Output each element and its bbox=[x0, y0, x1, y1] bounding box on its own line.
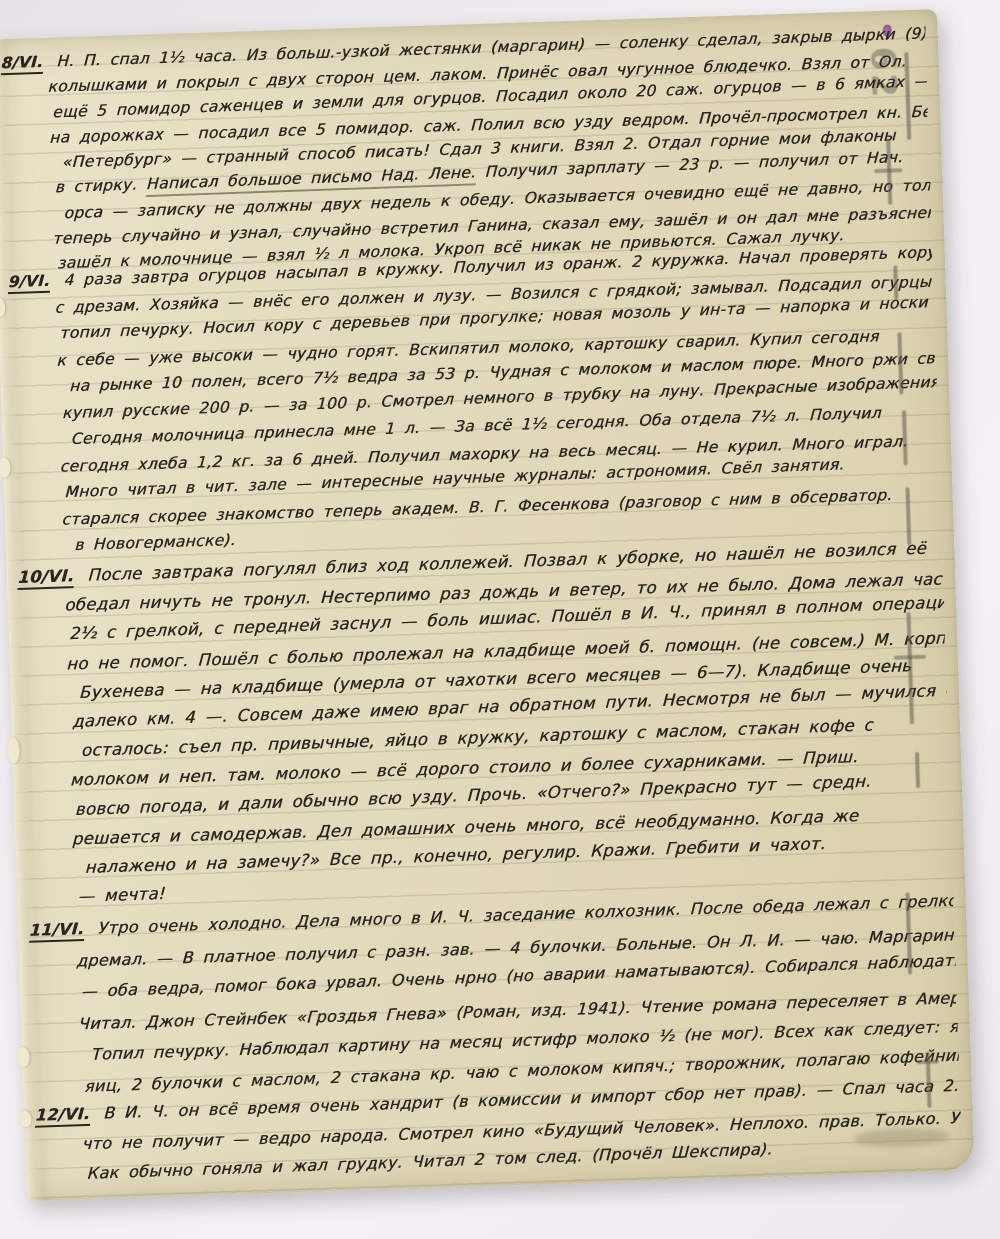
entry-11-VI: 11/VI.Утро очень холодно. Дела много в И… bbox=[28, 885, 958, 1104]
torn-edge-chip bbox=[17, 1047, 30, 1067]
torn-edge-chip bbox=[0, 297, 5, 317]
entry-date: 11/VI. bbox=[29, 919, 85, 943]
scan-background: { "annotations": { "page_number_stamp": … bbox=[0, 0, 1000, 1239]
entry-date: 12/VI. bbox=[35, 1104, 91, 1128]
handwritten-text: в стирку. bbox=[55, 176, 148, 197]
entry-date: 10/VI. bbox=[18, 566, 76, 590]
entry-9-VI: 9/VI.4 раза завтра огурцов насыпал в кру… bbox=[7, 239, 940, 560]
entry-date: 8/VI. bbox=[1, 53, 44, 75]
torn-edge-chip bbox=[7, 737, 20, 763]
handwritten-text: в Новогерманске). bbox=[75, 531, 237, 554]
entry-date: 9/VI. bbox=[8, 272, 51, 294]
diary-page: 62 8/VI.Н. П. спал 1½ часа. Из больш.-уз… bbox=[0, 9, 975, 1201]
torn-edge-chip bbox=[0, 457, 11, 477]
entry-8-VI: 8/VI.Н. П. спал 1½ часа. Из больш.-узкой… bbox=[0, 21, 931, 278]
entry-10-VI: 10/VI.После завтрака погулял близ ход ко… bbox=[16, 533, 951, 913]
handwritten-text: — мечта! bbox=[78, 884, 167, 906]
pencil-margin-mark bbox=[917, 1059, 939, 1064]
torn-edge-chip bbox=[19, 1111, 32, 1127]
